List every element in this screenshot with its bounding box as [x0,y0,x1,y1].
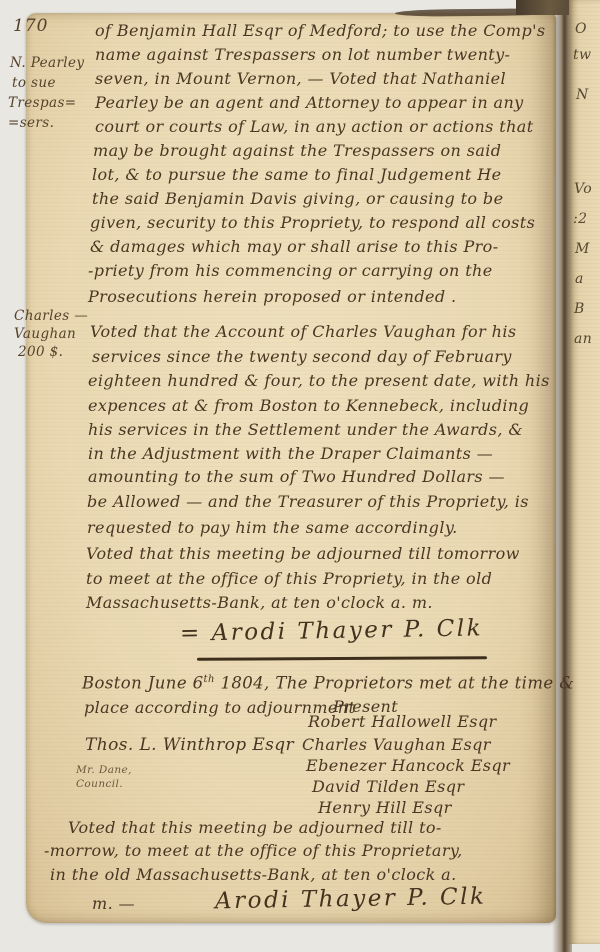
manuscript-line: services since the twenty second day of … [92,349,512,365]
manuscript-line: Massachusetts-Bank, at ten o'clock a. m. [86,595,433,611]
facing-text-fragment: O [575,22,587,36]
manuscript-line: Pearley be an agent and Attorney to appe… [95,95,524,111]
counsel-note-line: Council. [76,779,123,790]
manuscript-line: the said Benjamin Davis giving, or causi… [92,191,503,207]
clerk-signature: = Arodi Thayer P. Clk [180,617,483,645]
facing-text-fragment: N [576,88,589,102]
clerk-name: Arodi Thayer P. Clk [211,615,483,646]
attendee-name: Robert Hallowell Esqr [308,714,497,730]
signature-flourish: = [180,620,202,646]
manuscript-line: to meet at the office of this Propriety,… [86,571,492,587]
manuscript-line: of Benjamin Hall Esqr of Medford; to use… [95,23,546,39]
manuscript-line: name against Trespassers on lot number t… [95,47,510,63]
facing-page-sliver: O tw N Vo :2 M a B an [569,0,600,944]
facing-text-fragment: an [574,332,592,346]
manuscript-line: Voted that this meeting be adjourned til… [86,546,520,562]
facing-text-fragment: Vo [574,182,592,196]
manuscript-line: requested to pay him the same accordingl… [87,520,458,536]
meeting-date-post: 1804, The Proprietors met at the time & [215,674,574,693]
manuscript-line: given, security to this Propriety, to re… [90,215,535,231]
facing-text-fragment: B [574,302,585,316]
manuscript-line: amounting to the sum of Two Hundred Doll… [88,469,505,485]
margin-note-trespass-line: to sue [12,77,56,91]
clerk-signature-bottom: Arodi Thayer P. Clk [215,886,487,914]
margin-note-vaughan-line: Vaughan [14,328,76,342]
attendee-name: Henry Hill Esqr [318,800,452,816]
date-ordinal-sup: th [204,674,215,685]
margin-note-trespass-line: =sers. [8,117,54,131]
manuscript-line: may be brought against the Trespassers o… [93,143,501,159]
manuscript-line: -morrow, to meet at the office of this P… [44,843,463,859]
facing-text-fragment: :2 [573,212,587,226]
manuscript-scan: { "document": { "page_number": "170", "m… [0,0,600,952]
manuscript-line: in the Adjustment with the Draper Claima… [88,446,493,462]
manuscript-line: eighteen hundred & four, to the present … [88,373,550,389]
manuscript-line: seven, in Mount Vernon, — Voted that Nat… [95,71,506,87]
attendee-name: Ebenezer Hancock Esqr [306,758,510,774]
manuscript-line: m. — [92,896,135,912]
manuscript-line: expences at & from Boston to Kennebeck, … [88,398,529,414]
manuscript-line: court or courts of Law, in any action or… [95,119,534,135]
margin-note-trespass-line: Trespas= [8,97,77,111]
counsel-note-line: Mr. Dane, [76,765,132,776]
margin-note-trespass-line: N. Pearley [10,57,84,71]
meeting-date-line: Boston June 6th 1804, The Proprietors me… [82,675,574,692]
facing-text-fragment: M [575,242,590,256]
manuscript-line: in the old Massachusetts-Bank, at ten o'… [50,867,457,883]
margin-note-vaughan-line: 200 $. [18,346,63,360]
manuscript-line: his services in the Settlement under the… [88,422,523,438]
attendee-name: David Tilden Esqr [312,779,464,795]
manuscript-line: lot, & to pursue the same to final Judge… [92,167,501,183]
page-number: 170 [13,18,48,35]
manuscript-line: -priety from his commencing or carrying … [88,263,493,279]
facing-text-fragment: tw [573,48,591,62]
manuscript-line: Voted that this meeting be adjourned til… [68,820,442,836]
manuscript-line: Prosecutions herein proposed or intended… [88,289,457,305]
margin-note-vaughan-line: Charles — [14,310,88,324]
facing-text-fragment: a [575,272,584,286]
meeting-date-pre: Boston June 6 [82,674,204,693]
manuscript-line: be Allowed — and the Treasurer of this P… [87,494,529,510]
manuscript-line: & damages which may or shall arise to th… [90,239,499,255]
attendee-name: Charles Vaughan Esqr [302,737,491,753]
manuscript-line: Voted that the Account of Charles Vaugha… [90,324,516,340]
attendee-name-winthrop: Thos. L. Winthrop Esqr [85,737,294,754]
